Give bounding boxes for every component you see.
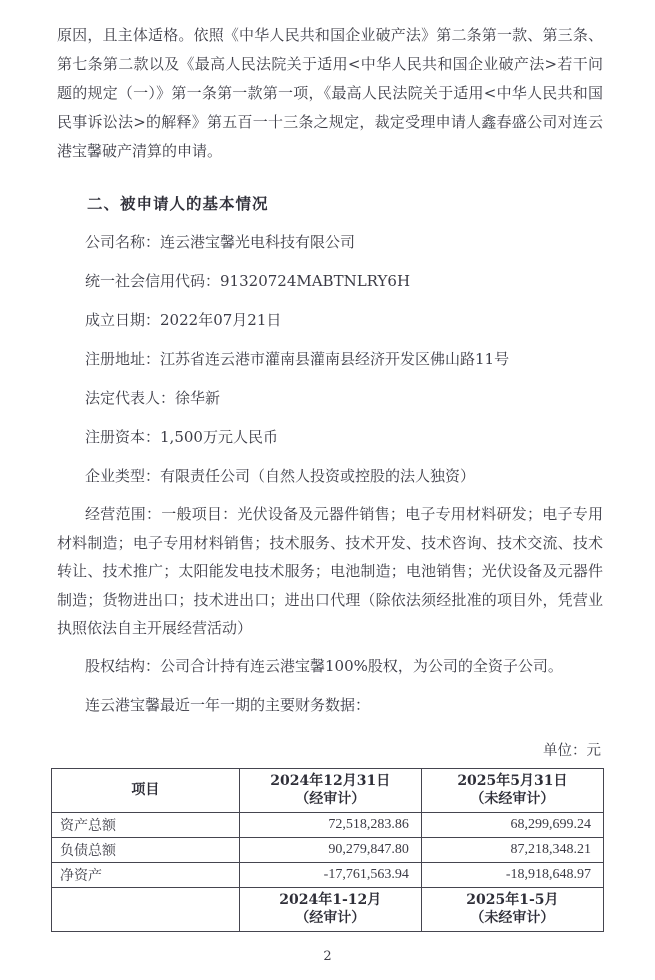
field-label: 注册地址： (85, 350, 160, 368)
field-value: 徐华新 (175, 389, 220, 407)
field-value: 1,500万元人民币 (160, 428, 278, 446)
field-registered-capital: 注册资本：1,500万元人民币 (57, 426, 603, 448)
field-company-type: 企业类型：有限责任公司（自然人投资或控股的法人独资） (57, 465, 603, 487)
field-label: 注册资本： (85, 428, 160, 446)
footer-period-line: 2024年1-12月 (240, 891, 421, 909)
field-legal-representative: 法定代表人：徐华新 (57, 387, 603, 409)
cell-item: 净资产 (52, 862, 240, 887)
footer-note-line: （未经审计） (422, 909, 603, 927)
header-date-line: 2024年12月31日 (240, 772, 421, 790)
table-footer-period-audited: 2024年1-12月 （经审计） (239, 887, 421, 931)
page-number: 2 (0, 949, 655, 964)
document-page: 原因，且主体适格。依照《中华人民共和国企业破产法》第二条第一款、第三条、第七条第… (0, 0, 655, 980)
field-establish-date: 成立日期：2022年07月21日 (57, 309, 603, 331)
field-credit-code: 统一社会信用代码：91320724MABTNLRY6H (57, 270, 603, 292)
field-value: 连云港宝馨光电科技有限公司 (160, 233, 355, 251)
field-company-name: 公司名称：连云港宝馨光电科技有限公司 (57, 231, 603, 253)
cell-unaudited-value: 68,299,699.24 (421, 812, 603, 837)
field-label: 成立日期： (85, 311, 160, 329)
field-label: 公司名称： (85, 233, 160, 251)
field-value: 有限责任公司（自然人投资或控股的法人独资） (160, 467, 475, 485)
intro-paragraph: 原因，且主体适格。依照《中华人民共和国企业破产法》第二条第一款、第三条、第七条第… (57, 21, 603, 166)
table-row-net-assets: 净资产 -17,761,563.94 -18,918,648.97 (52, 862, 604, 887)
section-heading: 二、被申请人的基本情况 (57, 192, 603, 214)
unit-label: 单位：元 (57, 739, 603, 760)
field-label: 法定代表人： (85, 389, 175, 407)
financial-data-intro: 连云港宝馨最近一年一期的主要财务数据： (57, 694, 603, 716)
cell-item: 负债总额 (52, 837, 240, 862)
field-registered-address: 注册地址：江苏省连云港市灌南县灌南县经济开发区佛山路11号 (57, 348, 603, 370)
equity-structure-line: 股权结构：公司合计持有连云港宝馨100%股权，为公司的全资子公司。 (57, 655, 603, 677)
cell-audited-value: 90,279,847.80 (239, 837, 421, 862)
financial-table: 项目 2024年12月31日 （经审计） 2025年5月31日 （未经审计） 资… (51, 768, 604, 932)
table-row-total-liabilities: 负债总额 90,279,847.80 87,218,348.21 (52, 837, 604, 862)
header-note-line: （经审计） (240, 790, 421, 808)
field-label: 企业类型： (85, 467, 160, 485)
table-header-date-audited: 2024年12月31日 （经审计） (239, 768, 421, 812)
table-footer-row: 2024年1-12月 （经审计） 2025年1-5月 （未经审计） (52, 887, 604, 931)
cell-unaudited-value: -18,918,648.97 (421, 862, 603, 887)
cell-unaudited-value: 87,218,348.21 (421, 837, 603, 862)
field-value: 91320724MABTNLRY6H (220, 272, 410, 290)
table-row-total-assets: 资产总额 72,518,283.86 68,299,699.24 (52, 812, 604, 837)
business-scope-paragraph: 经营范围：一般项目：光伏设备及元器件销售；电子专用材料研发；电子专用材料制造；电… (57, 500, 603, 643)
footer-period-line: 2025年1-5月 (422, 891, 603, 909)
footer-note-line: （经审计） (240, 909, 421, 927)
table-footer-empty-cell (52, 887, 240, 931)
field-label: 统一社会信用代码： (85, 272, 220, 290)
table-header-date-unaudited: 2025年5月31日 （未经审计） (421, 768, 603, 812)
cell-audited-value: 72,518,283.86 (239, 812, 421, 837)
cell-item: 资产总额 (52, 812, 240, 837)
cell-audited-value: -17,761,563.94 (239, 862, 421, 887)
field-value: 2022年07月21日 (160, 311, 281, 329)
field-value: 江苏省连云港市灌南县灌南县经济开发区佛山路11号 (160, 350, 509, 368)
header-note-line: （未经审计） (422, 790, 603, 808)
table-header-row: 项目 2024年12月31日 （经审计） 2025年5月31日 （未经审计） (52, 768, 604, 812)
table-footer-period-unaudited: 2025年1-5月 （未经审计） (421, 887, 603, 931)
header-date-line: 2025年5月31日 (422, 772, 603, 790)
table-header-item: 项目 (52, 768, 240, 812)
